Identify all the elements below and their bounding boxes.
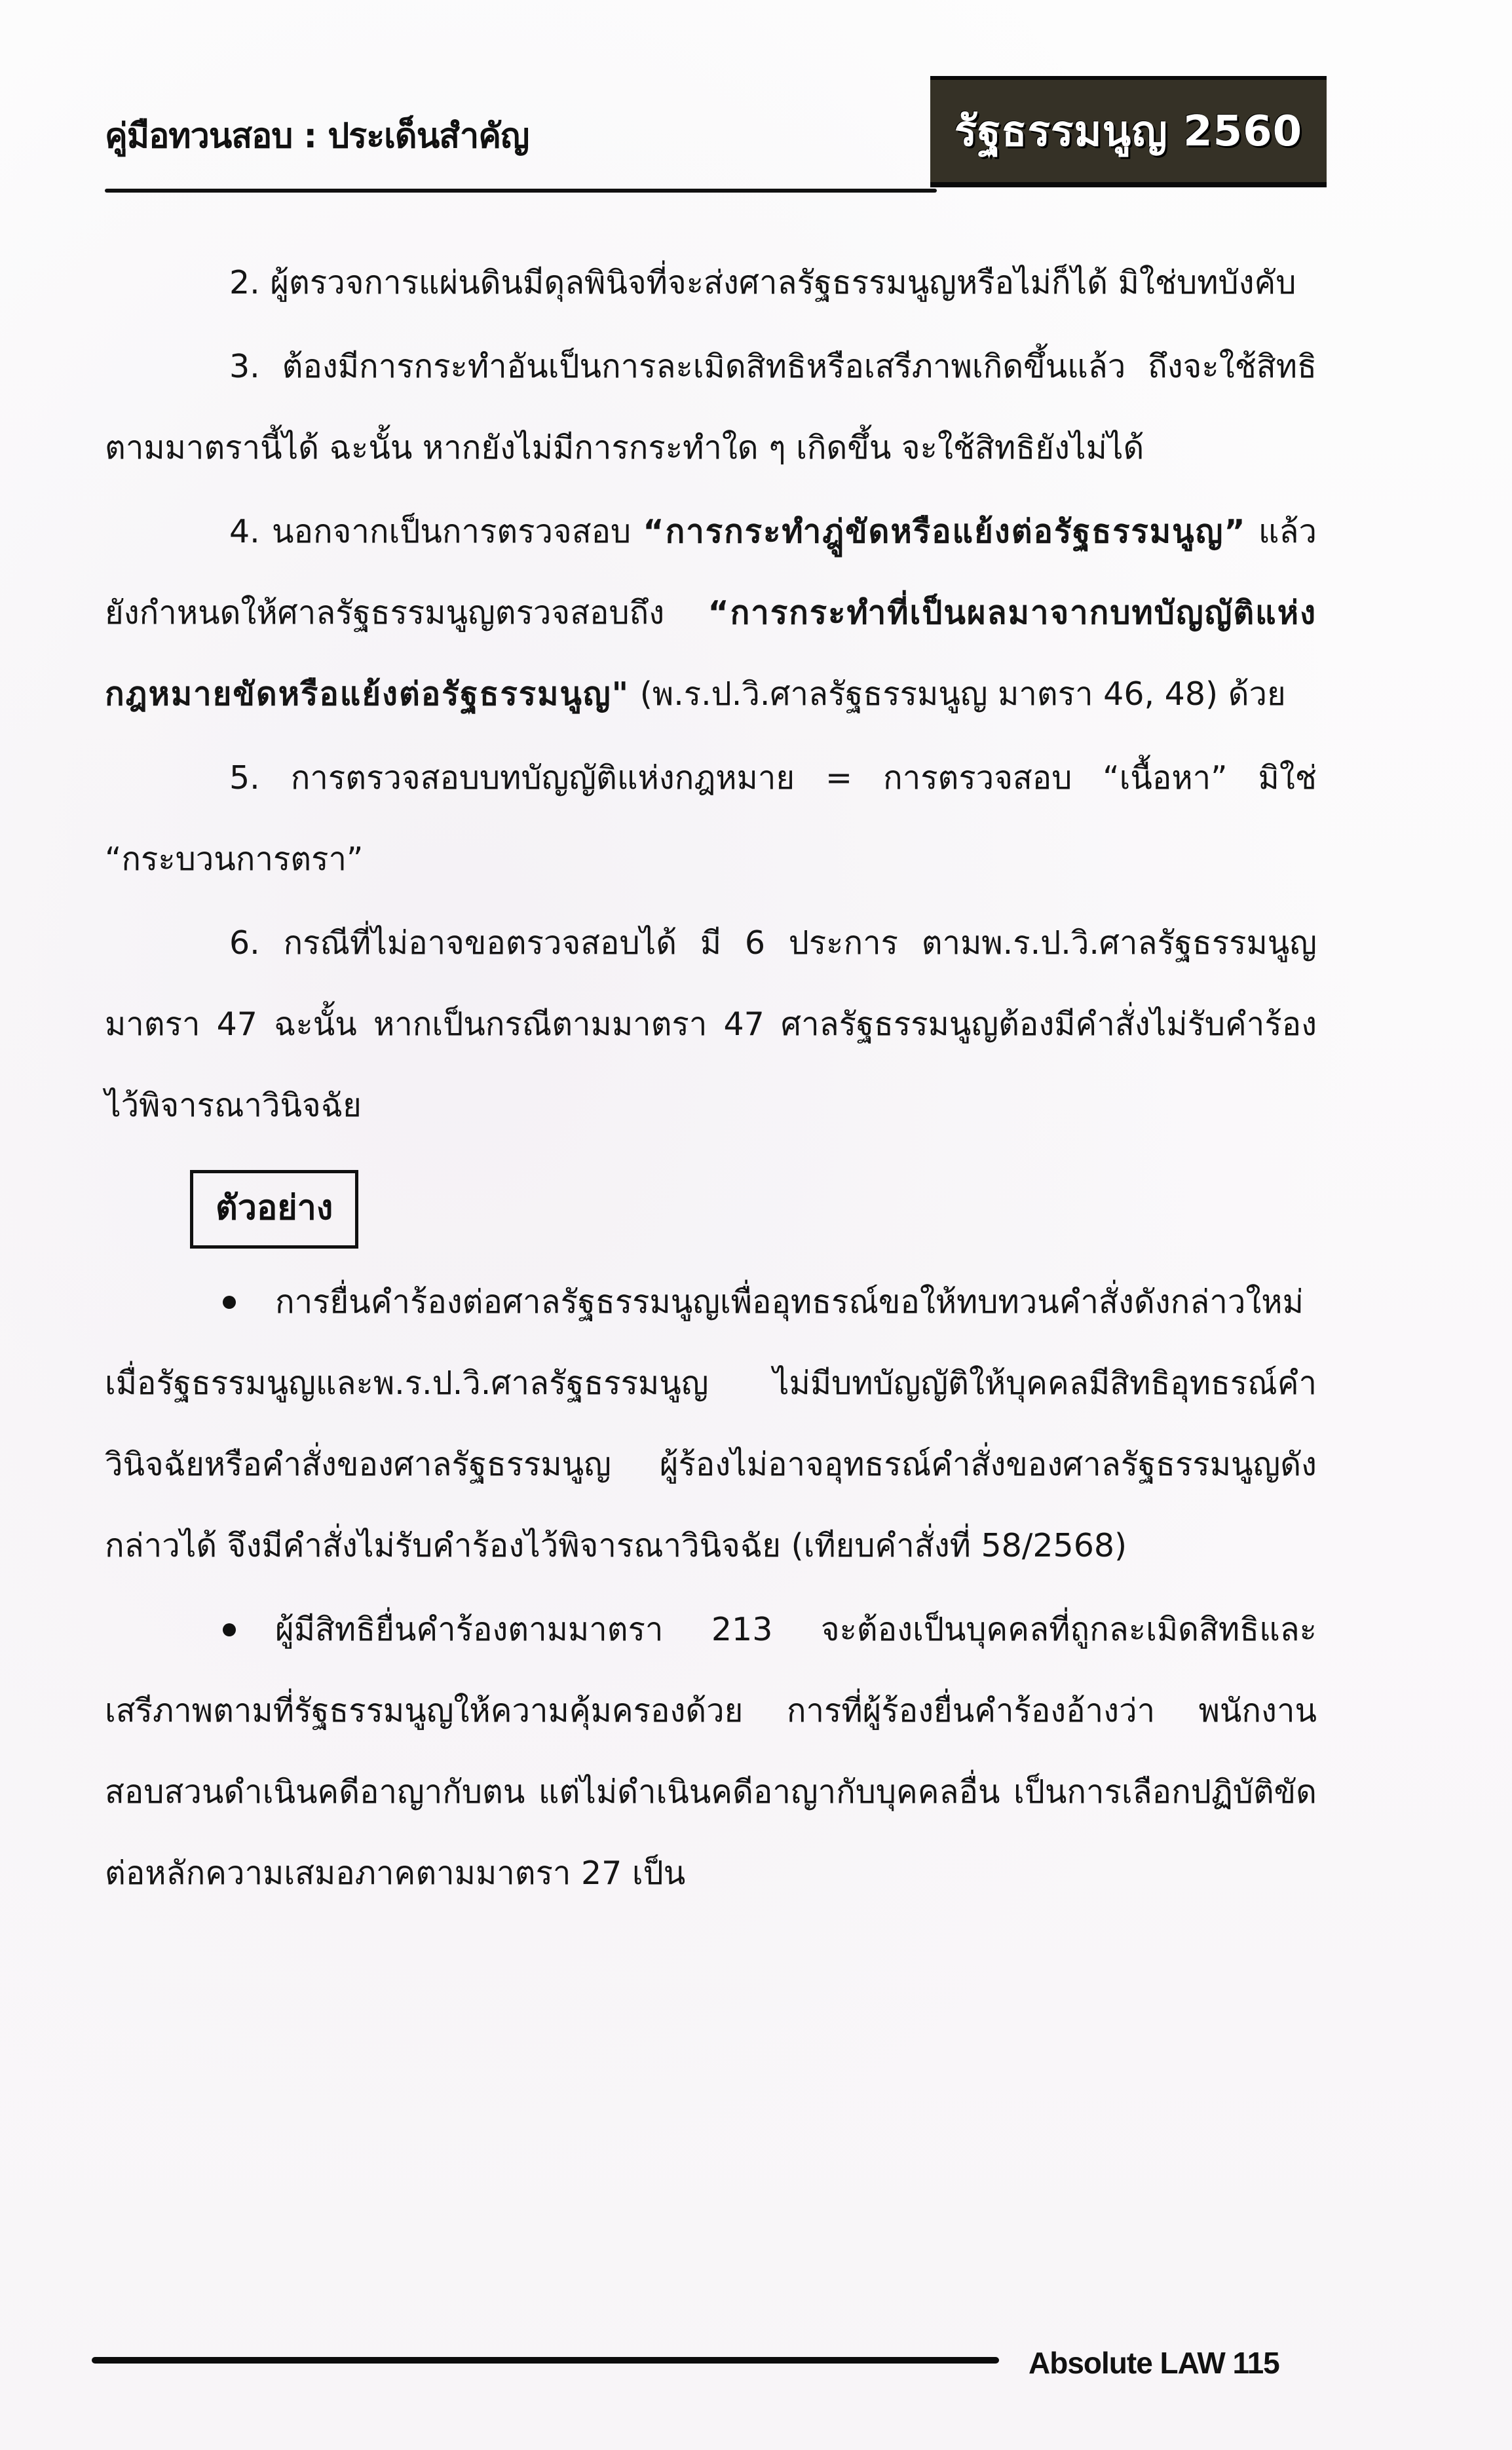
- book-page: คู่มือทวนสอบ : ประเด็นสำคัญ รัฐธรรมนูญ 2…: [0, 0, 1512, 2450]
- example-bullet: การยื่นคำร้องต่อศาลรัฐธรรมนูญเพื่ออุทธรณ…: [105, 1262, 1317, 1587]
- item-text: การตรวจสอบบทบัญญัติแห่งกฎหมาย = การตรวจส…: [105, 759, 1317, 878]
- item-number: 4.: [229, 513, 260, 550]
- bullet-icon: [223, 1623, 236, 1636]
- example-heading-wrap: ตัวอย่าง: [190, 1170, 1317, 1262]
- chapter-badge-label: รัฐธรรมนูญ 2560: [954, 98, 1302, 164]
- header-divider: [105, 189, 937, 193]
- list-item-2: 2. ผู้ตรวจการแผ่นดินมีดุลพินิจที่จะส่งศา…: [105, 242, 1317, 324]
- item-number: 6.: [229, 924, 260, 962]
- chapter-badge: รัฐธรรมนูญ 2560: [930, 76, 1327, 187]
- page-footer: Absolute LAW 115: [1029, 2345, 1279, 2381]
- list-item-4: 4. นอกจากเป็นการตรวจสอบ “การกระทำฎู่ขัดห…: [105, 491, 1317, 735]
- list-item-6: 6. กรณีที่ไม่อาจขอตรวจสอบได้ มี 6 ประการ…: [105, 903, 1317, 1146]
- item-text-before: นอกจากเป็นการตรวจสอบ: [272, 513, 643, 550]
- example-bullet: ผู้มีสิทธิยื่นคำร้องตามมาตรา 213 จะต้องเ…: [105, 1589, 1317, 1914]
- bold-phrase-1: “การกระทำฎู่ขัดหรือแย้งต่อรัฐธรรมนูญ”: [643, 513, 1246, 550]
- item-number: 2.: [229, 264, 260, 301]
- bullet-icon: [223, 1296, 236, 1309]
- item-text: ต้องมีการกระทำอันเป็นการละเมิดสิทธิหรือเ…: [105, 348, 1317, 466]
- item-number: 3.: [229, 348, 260, 385]
- item-number: 5.: [229, 759, 260, 797]
- example-label-box: ตัวอย่าง: [190, 1170, 358, 1249]
- bullet-text: ผู้มีสิทธิยื่นคำร้องตามมาตรา 213 จะต้องเ…: [105, 1611, 1317, 1892]
- item-text: กรณีที่ไม่อาจขอตรวจสอบได้ มี 6 ประการ ตา…: [105, 924, 1317, 1124]
- bullet-text: การยื่นคำร้องต่อศาลรัฐธรรมนูญเพื่ออุทธรณ…: [105, 1283, 1317, 1564]
- item-text-after: (พ.ร.ป.วิ.ศาลรัฐธรรมนูญ มาตรา 46, 48) ด้…: [630, 675, 1286, 713]
- footer-divider: [92, 2357, 999, 2364]
- list-item-5: 5. การตรวจสอบบทบัญญัติแห่งกฎหมาย = การตร…: [105, 738, 1317, 900]
- running-header-title: คู่มือทวนสอบ : ประเด็นสำคัญ: [105, 108, 529, 162]
- item-text: ผู้ตรวจการแผ่นดินมีดุลพินิจที่จะส่งศาลรั…: [270, 264, 1296, 301]
- list-item-3: 3. ต้องมีการกระทำอันเป็นการละเมิดสิทธิหร…: [105, 326, 1317, 489]
- page-body: 2. ผู้ตรวจการแผ่นดินมีดุลพินิจที่จะส่งศา…: [105, 242, 1317, 1914]
